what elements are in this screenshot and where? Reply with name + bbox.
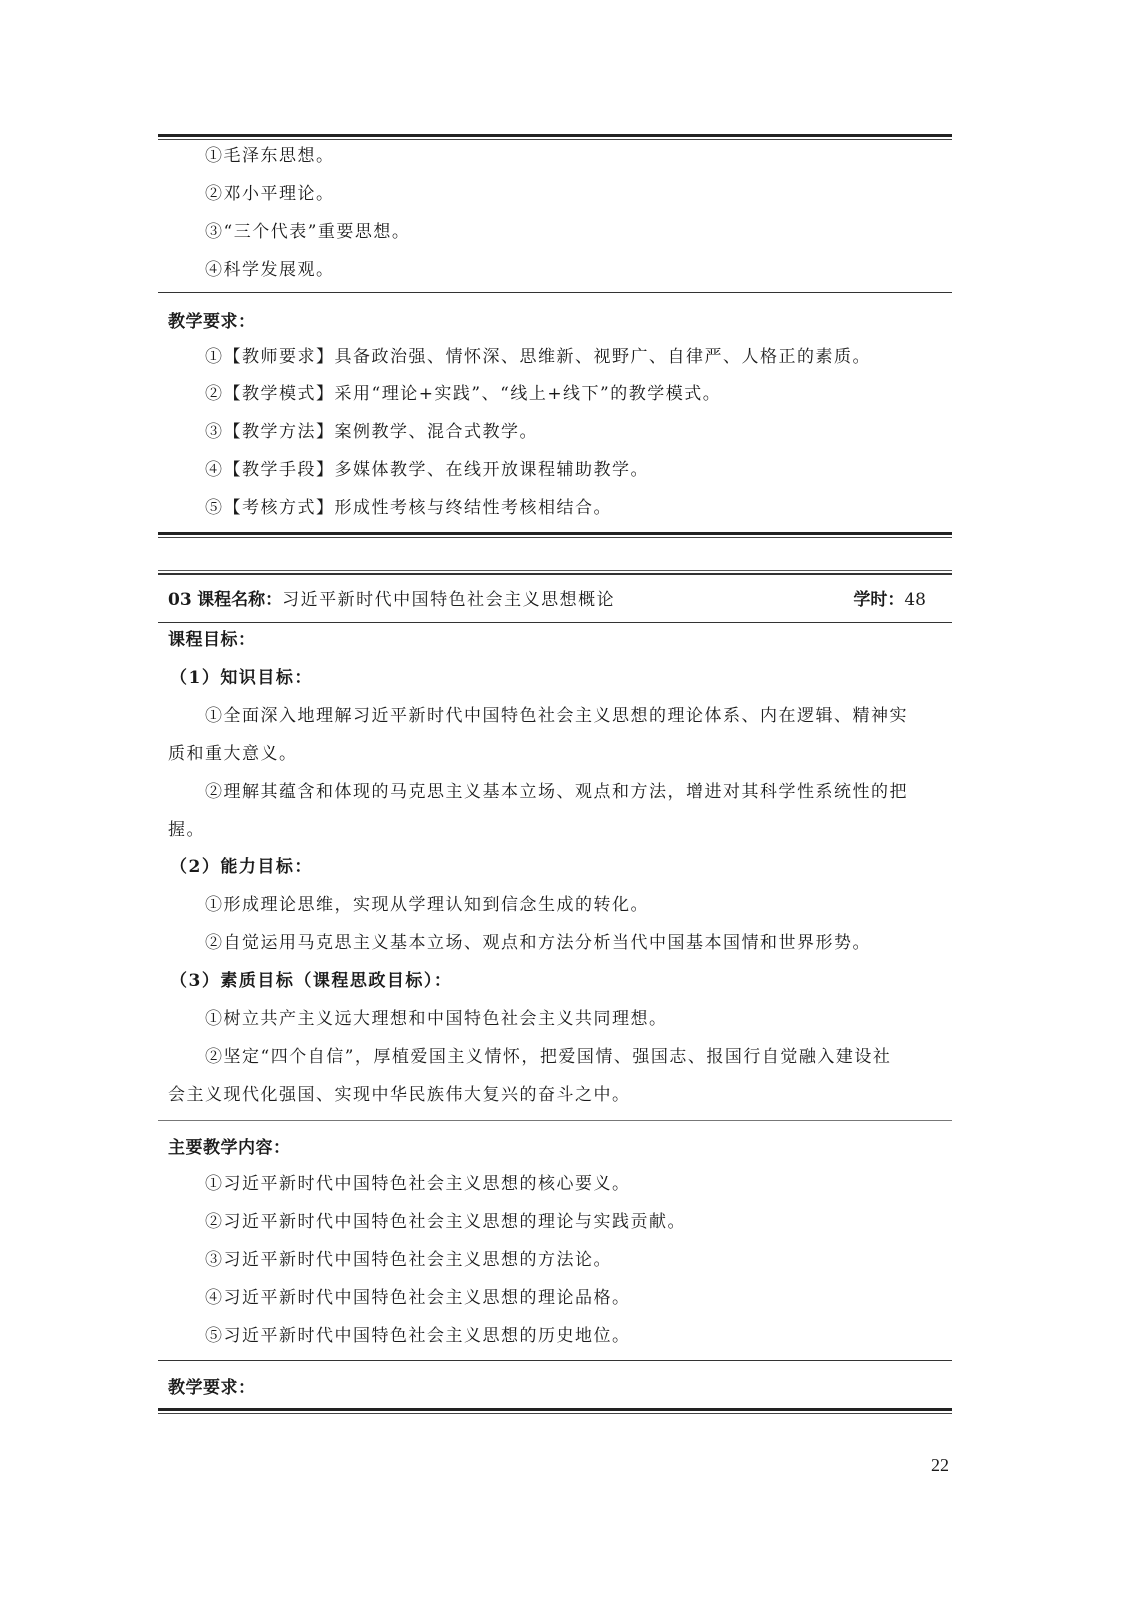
quality-objective-heading: （3）素质目标（课程思政目标）：: [170, 969, 452, 993]
knowledge-objective-heading: （1）知识目标：: [170, 666, 313, 690]
requirement-item: ④【教学手段】多媒体教学、在线开放课程辅助教学。: [205, 458, 649, 482]
course-title-row: 03 课程名称：习近平新时代中国特色社会主义思想概论 学时：48: [168, 588, 938, 612]
section-divider: [158, 1120, 952, 1121]
ability-objective-heading: （2）能力目标：: [170, 855, 313, 879]
page-number: 22: [931, 1455, 949, 1476]
content-item: ④科学发展观。: [205, 258, 335, 282]
teaching-requirements-heading: 教学要求：: [168, 310, 256, 334]
teaching-requirements-heading: 教学要求：: [168, 1376, 256, 1400]
content-item: ③习近平新时代中国特色社会主义思想的方法论。: [205, 1248, 612, 1272]
objective-item: ②坚定“四个自信”，厚植爱国主义情怀，把爱国情、强国志、报国行自觉融入建设社: [205, 1045, 891, 1069]
content-item: ②邓小平理论。: [205, 182, 335, 206]
hours-value: 48: [904, 590, 926, 610]
content-item: ④习近平新时代中国特色社会主义思想的理论品格。: [205, 1286, 631, 1310]
requirement-item: ③【教学方法】案例教学、混合式教学。: [205, 420, 538, 444]
content-item: ③“三个代表”重要思想。: [205, 220, 410, 244]
table-top-border: [158, 134, 952, 140]
requirement-item: ②【教学模式】采用“理论+实践”、“线上+线下”的教学模式。: [205, 382, 721, 406]
requirement-item: ①【教师要求】具备政治强、情怀深、思维新、视野广、自律严、人格正的素质。: [205, 345, 871, 369]
objective-item-continued: 质和重大意义。: [168, 742, 298, 766]
objective-item: ①树立共产主义远大理想和中国特色社会主义共同理想。: [205, 1007, 668, 1031]
document-page: ①毛泽东思想。 ②邓小平理论。 ③“三个代表”重要思想。 ④科学发展观。 教学要…: [0, 0, 1131, 1600]
section-divider: [158, 1360, 952, 1361]
objectives-heading: 课程目标：: [168, 628, 256, 652]
main-content-heading: 主要教学内容：: [168, 1136, 291, 1160]
content-item: ②习近平新时代中国特色社会主义思想的理论与实践贡献。: [205, 1210, 686, 1234]
objective-item-continued: 握。: [168, 818, 205, 842]
objective-item-continued: 会主义现代化强国、实现中华民族伟大复兴的奋斗之中。: [168, 1083, 631, 1107]
table-bottom-border: [158, 1408, 952, 1414]
hours-label: 学时：: [853, 590, 904, 610]
content-item: ①习近平新时代中国特色社会主义思想的核心要义。: [205, 1172, 631, 1196]
course-name: 习近平新时代中国特色社会主义思想概论: [282, 590, 615, 610]
requirement-item: ⑤【考核方式】形成性考核与终结性考核相结合。: [205, 496, 612, 520]
course-hours: 学时：48: [853, 588, 926, 612]
course-name-label: 课程名称：: [197, 590, 282, 610]
objective-item: ②理解其蕴含和体现的马克思主义基本立场、观点和方法，增进对其科学性系统性的把: [205, 780, 908, 804]
section-divider: [158, 292, 952, 293]
table-bottom-border: [158, 532, 952, 538]
content-item: ⑤习近平新时代中国特色社会主义思想的历史地位。: [205, 1324, 631, 1348]
course-number: 03: [168, 590, 192, 610]
section-divider: [158, 622, 952, 623]
objective-item: ①形成理论思维，实现从学理认知到信念生成的转化。: [205, 893, 649, 917]
table-top-border: [158, 570, 952, 575]
objective-item: ①全面深入地理解习近平新时代中国特色社会主义思想的理论体系、内在逻辑、精神实: [205, 704, 908, 728]
content-item: ①毛泽东思想。: [205, 144, 335, 168]
objective-item: ②自觉运用马克思主义基本立场、观点和方法分析当代中国基本国情和世界形势。: [205, 931, 871, 955]
